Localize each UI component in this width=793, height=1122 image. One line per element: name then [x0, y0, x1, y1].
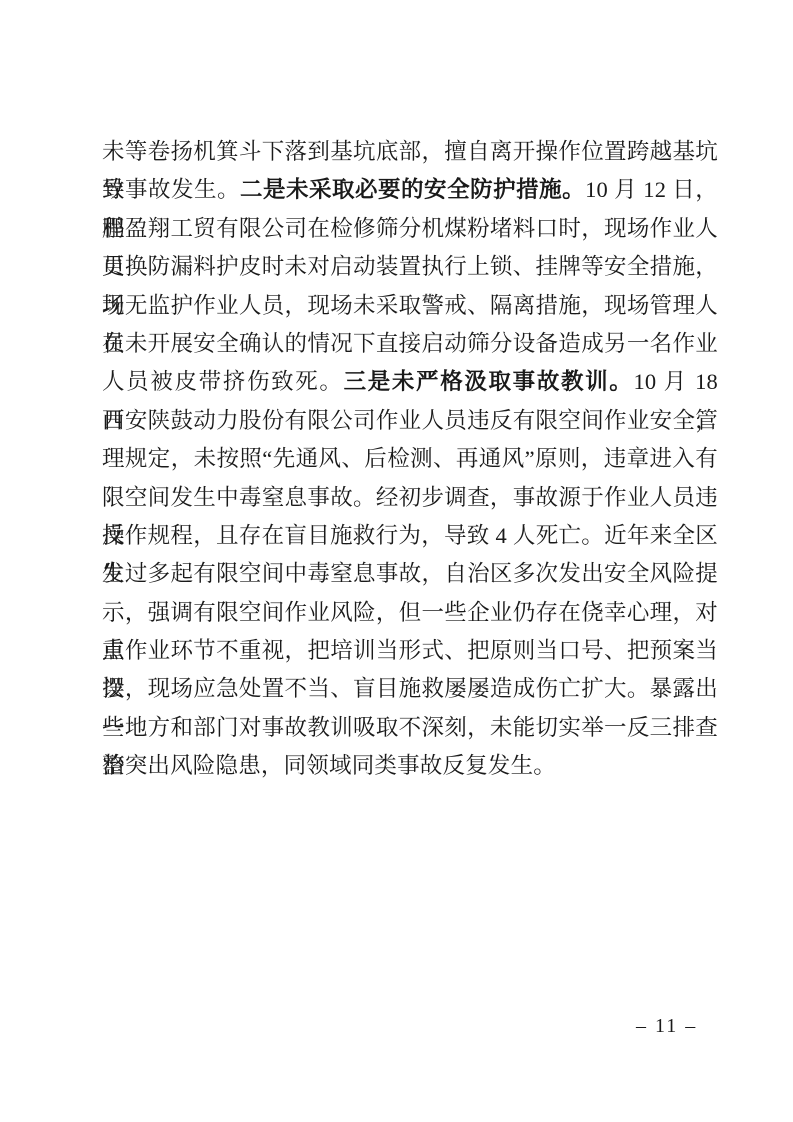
- text-line: 治突出风险隐患，同领域同类事故反复发生。: [102, 747, 718, 785]
- document-page: 未等卷扬机箕斗下落到基坑底部，擅自离开操作位置跨越基坑导致事故发生。二是未采取必…: [0, 0, 793, 1122]
- text-segment: 在未开展安全确认的情况下直接启动筛分设备造成另一名作业: [102, 331, 718, 356]
- text-line: 示，强调有限空间作业风险，但一些企业仍存在侥幸心理，对重: [102, 594, 718, 632]
- text-line: 人员被皮带挤伤致死。三是未严格汲取事故教训。10 月 18 日，: [102, 363, 718, 401]
- body-text: 未等卷扬机箕斗下落到基坑底部，擅自离开操作位置跨越基坑导致事故发生。二是未采取必…: [102, 133, 718, 786]
- text-line: 程盈翔工贸有限公司在检修筛分机煤粉堵料口时，现场作业人员: [102, 210, 718, 248]
- text-line: 未等卷扬机箕斗下落到基坑底部，擅自离开操作位置跨越基坑导: [102, 133, 718, 171]
- page-number: – 11 –: [636, 1012, 756, 1040]
- text-line: 些地方和部门对事故教训吸取不深刻，未能切实举一反三排查整: [102, 709, 718, 747]
- bold-text-segment: 三是未严格汲取事故教训。: [344, 369, 634, 394]
- text-line: 场无监护作业人员，现场未采取警戒、隔离措施，现场管理人员: [102, 287, 718, 325]
- text-line: 限空间发生中毒窒息事故。经初步调查，事故源于作业人员违反: [102, 479, 718, 517]
- text-segment: 生过多起有限空间中毒窒息事故，自治区多次发出安全风险提: [102, 561, 718, 586]
- text-line: 设，现场应急处置不当、盲目施救屡屡造成伤亡扩大。暴露出一: [102, 670, 718, 708]
- text-segment: 治突出风险隐患，同领域同类事故反复发生。: [102, 753, 556, 778]
- text-line: 致事故发生。二是未采取必要的安全防护措施。10 月 12 日，鹏: [102, 171, 718, 209]
- bold-text-segment: 二是未采取必要的安全防护措施。: [240, 177, 585, 202]
- text-line: 点作业环节不重视，把培训当形式、把原则当口号、把预案当摆: [102, 632, 718, 670]
- text-segment: 人员被皮带挤伤致死。: [102, 369, 344, 394]
- text-segment: 理规定，未按照“先通风、后检测、再通风”原则，违章进入有: [102, 446, 718, 471]
- text-line: 操作规程，且存在盲目施救行为，导致 4 人死亡。近年来全区发: [102, 517, 718, 555]
- text-line: 生过多起有限空间中毒窒息事故，自治区多次发出安全风险提: [102, 555, 718, 593]
- text-segment: 致事故发生。: [102, 177, 240, 202]
- text-line: 更换防漏料护皮时未对启动装置执行上锁、挂牌等安全措施，现: [102, 248, 718, 286]
- text-line: 在未开展安全确认的情况下直接启动筛分设备造成另一名作业: [102, 325, 718, 363]
- text-line: 西安陕鼓动力股份有限公司作业人员违反有限空间作业安全管: [102, 402, 718, 440]
- text-segment: 西安陕鼓动力股份有限公司作业人员违反有限空间作业安全管: [102, 408, 718, 433]
- text-line: 理规定，未按照“先通风、后检测、再通风”原则，违章进入有: [102, 440, 718, 478]
